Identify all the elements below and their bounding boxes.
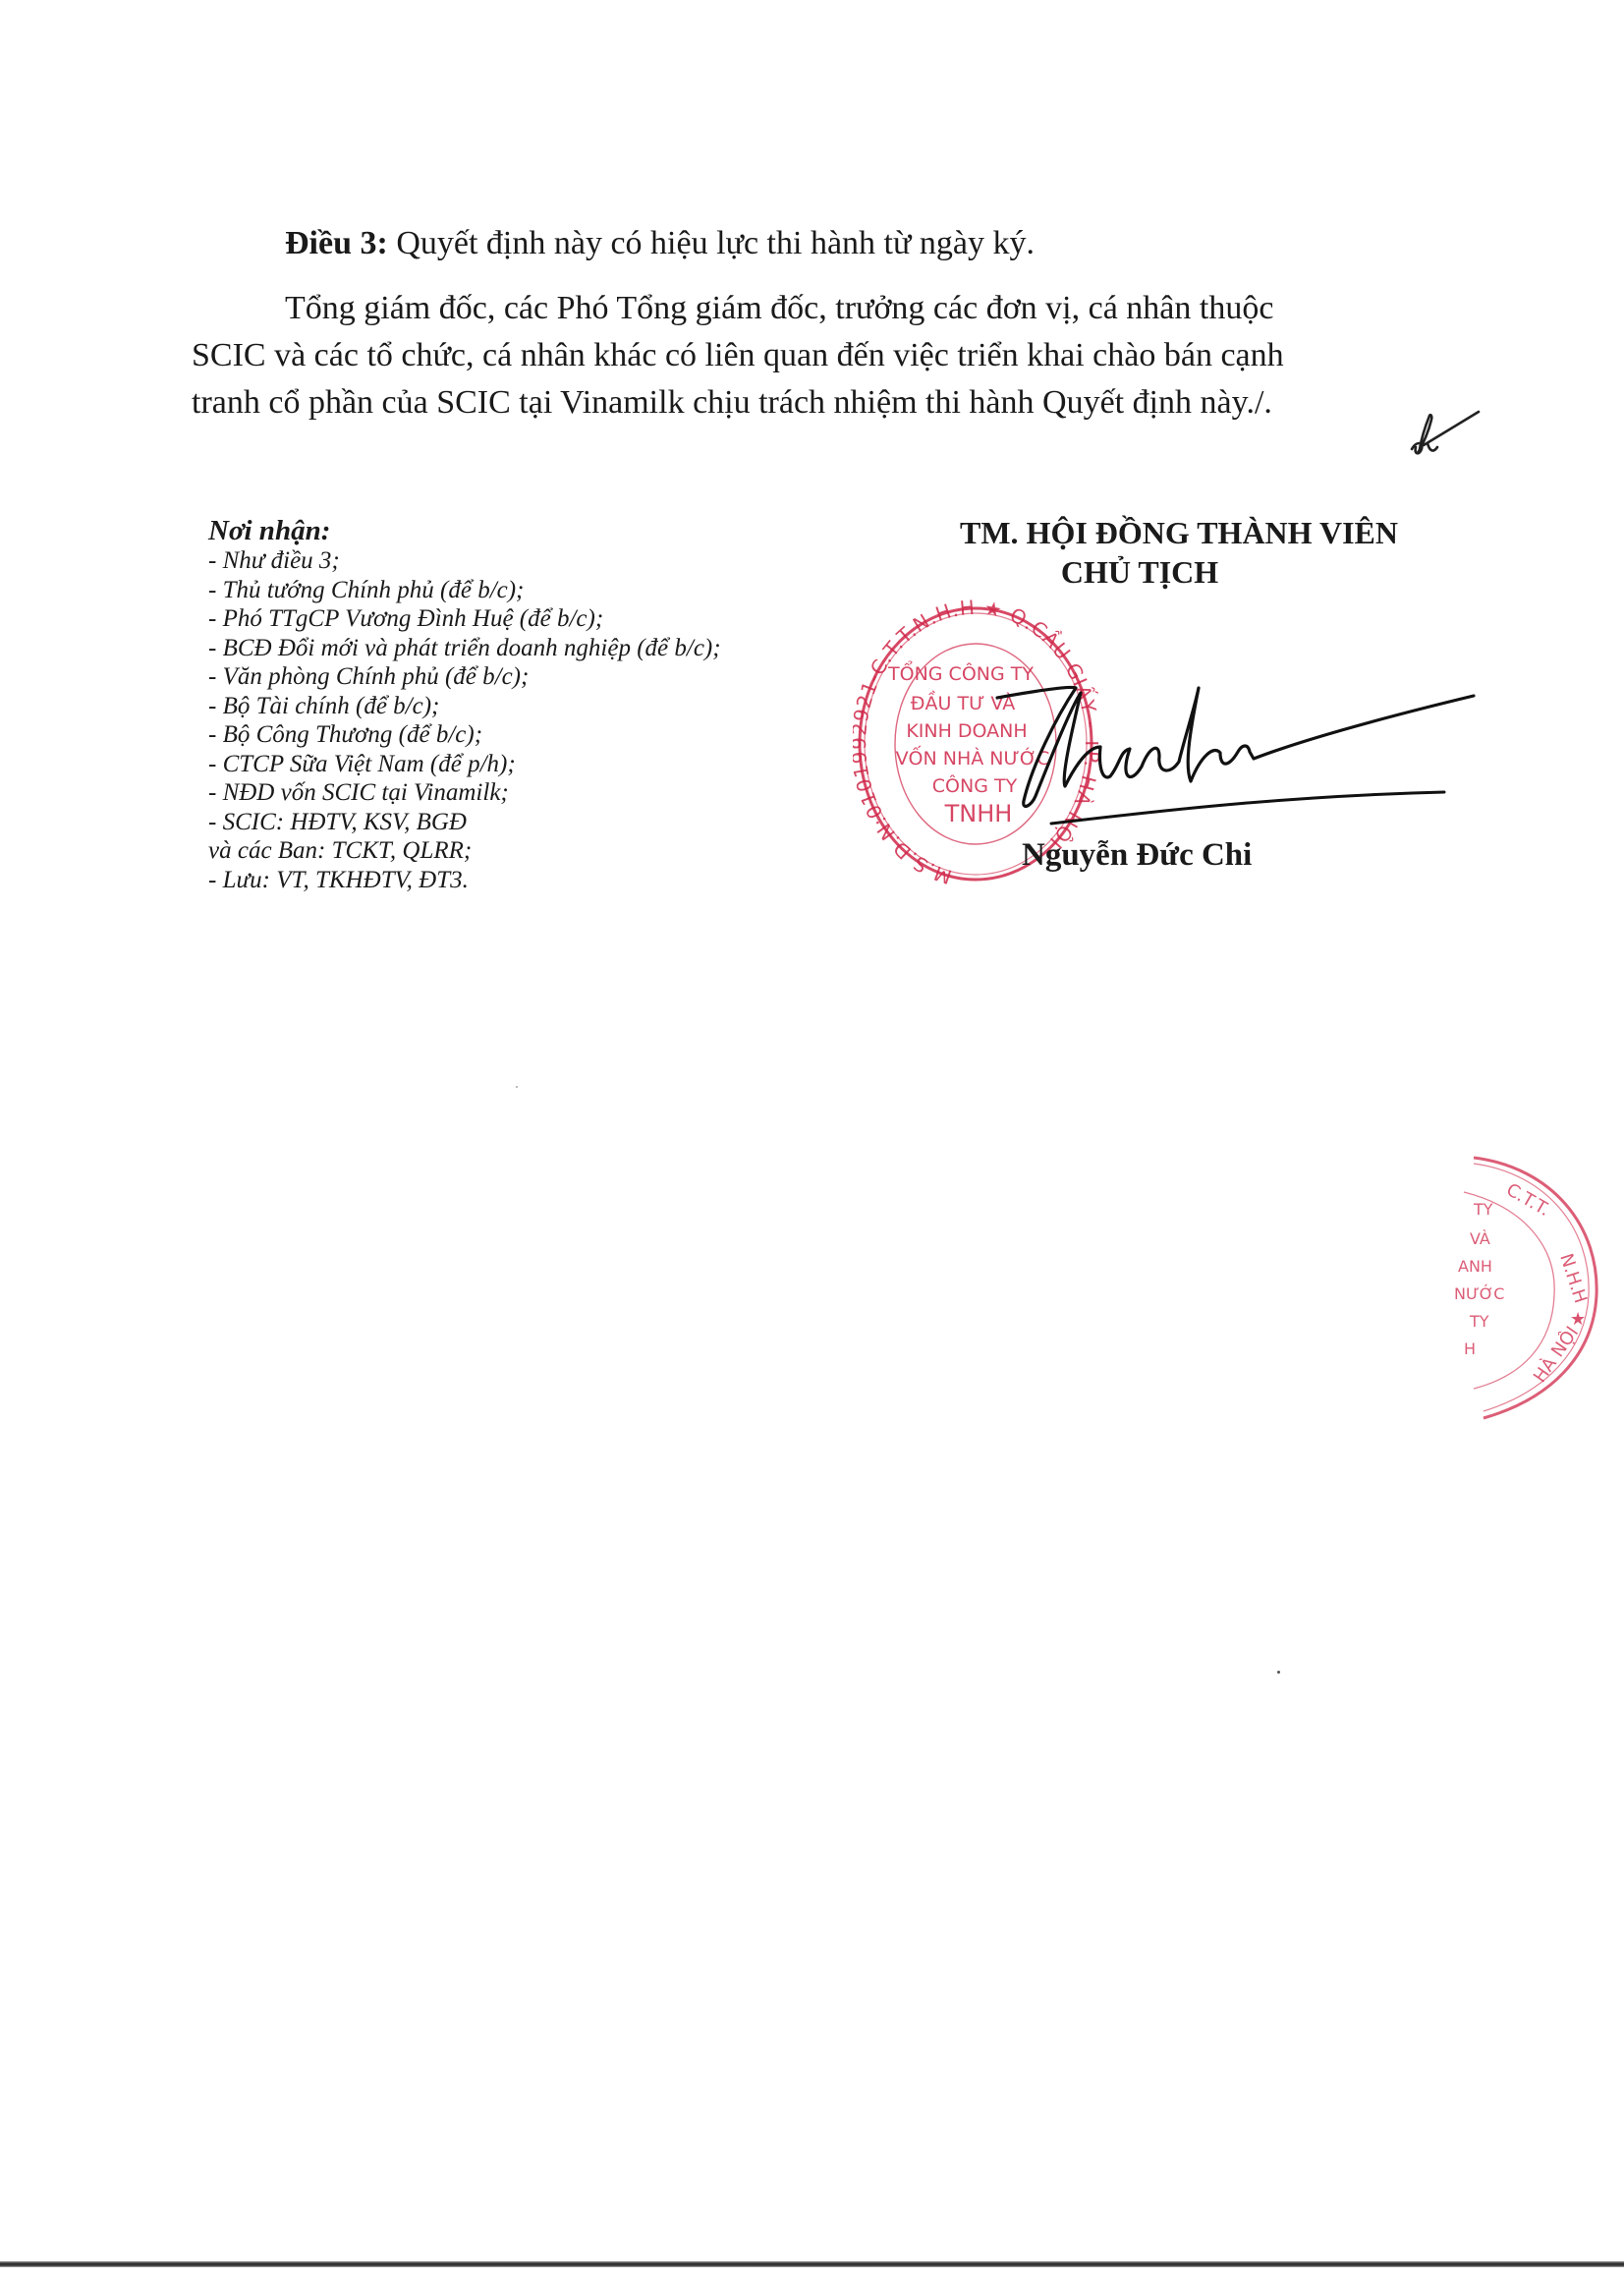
- position-title: CHỦ TỊCH: [786, 552, 1493, 592]
- recipient-item: - Văn phòng Chính phủ (để b/c);: [208, 662, 721, 692]
- svg-text:★: ★: [1570, 1309, 1586, 1330]
- recipients-list: - Như điều 3;- Thủ tướng Chính phủ (để b…: [208, 546, 721, 894]
- partial-seal-text: ANH: [1458, 1257, 1492, 1276]
- recipient-item: - Thủ tướng Chính phủ (để b/c);: [208, 576, 721, 605]
- responsibility-line-1: Tổng giám đốc, các Phó Tổng giám đốc, tr…: [285, 289, 1273, 328]
- recipient-item: - Phó TTgCP Vương Đình Huệ (để b/c);: [208, 604, 721, 634]
- recipients-block: Nơi nhận: - Như điều 3;- Thủ tướng Chính…: [208, 515, 721, 894]
- article-3-line: Điều 3: Quyết định này có hiệu lực thi h…: [285, 224, 1035, 263]
- page-bottom-edge: [0, 2261, 1624, 2267]
- speck: [1277, 1671, 1280, 1674]
- recipient-item: - Bộ Tài chính (để b/c);: [208, 692, 721, 721]
- recipient-item: - BCĐ Đổi mới và phát triển doanh nghiệp…: [208, 634, 721, 663]
- partial-seal-text: TY: [1473, 1200, 1493, 1219]
- signature-block: TM. HỘI ĐỒNG THÀNH VIÊN CHỦ TỊCH: [865, 513, 1493, 592]
- handwritten-signature-icon: [963, 649, 1493, 826]
- initials-mark-icon: [1390, 398, 1488, 467]
- article-label: Điều 3:: [285, 225, 388, 261]
- recipient-item: - NĐD vốn SCIC tại Vinamilk;: [208, 778, 721, 808]
- document-page: Điều 3: Quyết định này có hiệu lực thi h…: [0, 0, 1624, 2279]
- partial-seal-text: NƯỚC: [1454, 1284, 1504, 1303]
- on-behalf-title: TM. HỘI ĐỒNG THÀNH VIÊN: [865, 513, 1493, 552]
- partial-seal-text: TY: [1469, 1312, 1489, 1331]
- responsibility-line-3: tranh cổ phần của SCIC tại Vinamilk chịu…: [192, 383, 1272, 423]
- recipient-item: - CTCP Sữa Việt Nam (để p/h);: [208, 750, 721, 779]
- partial-seal-text: H: [1464, 1339, 1476, 1358]
- recipient-item: và các Ban: TCKT, QLRR;: [208, 836, 721, 866]
- article-text: Quyết định này có hiệu lực thi hành từ n…: [388, 225, 1035, 261]
- responsibility-line-2: SCIC và các tổ chức, cá nhân khác có liê…: [192, 336, 1284, 375]
- partial-seal-icon: TYVÀANHNƯỚCTYH C.T.T. N.H.H ★ HÀ NỘI: [1444, 1148, 1624, 1423]
- recipient-item: - Lưu: VT, TKHĐTV, ĐT3.: [208, 866, 721, 895]
- speck: [516, 1086, 518, 1088]
- partial-seal-text: VÀ: [1470, 1229, 1490, 1248]
- recipients-title: Nơi nhận:: [208, 515, 721, 546]
- svg-text:HÀ NỘI: HÀ NỘI: [1529, 1322, 1583, 1386]
- recipient-item: - Như điều 3;: [208, 546, 721, 576]
- recipient-item: - SCIC: HĐTV, KSV, BGĐ: [208, 808, 721, 837]
- recipient-item: - Bộ Công Thương (để b/c);: [208, 720, 721, 750]
- signer-name: Nguyễn Đức Chi: [1022, 837, 1252, 874]
